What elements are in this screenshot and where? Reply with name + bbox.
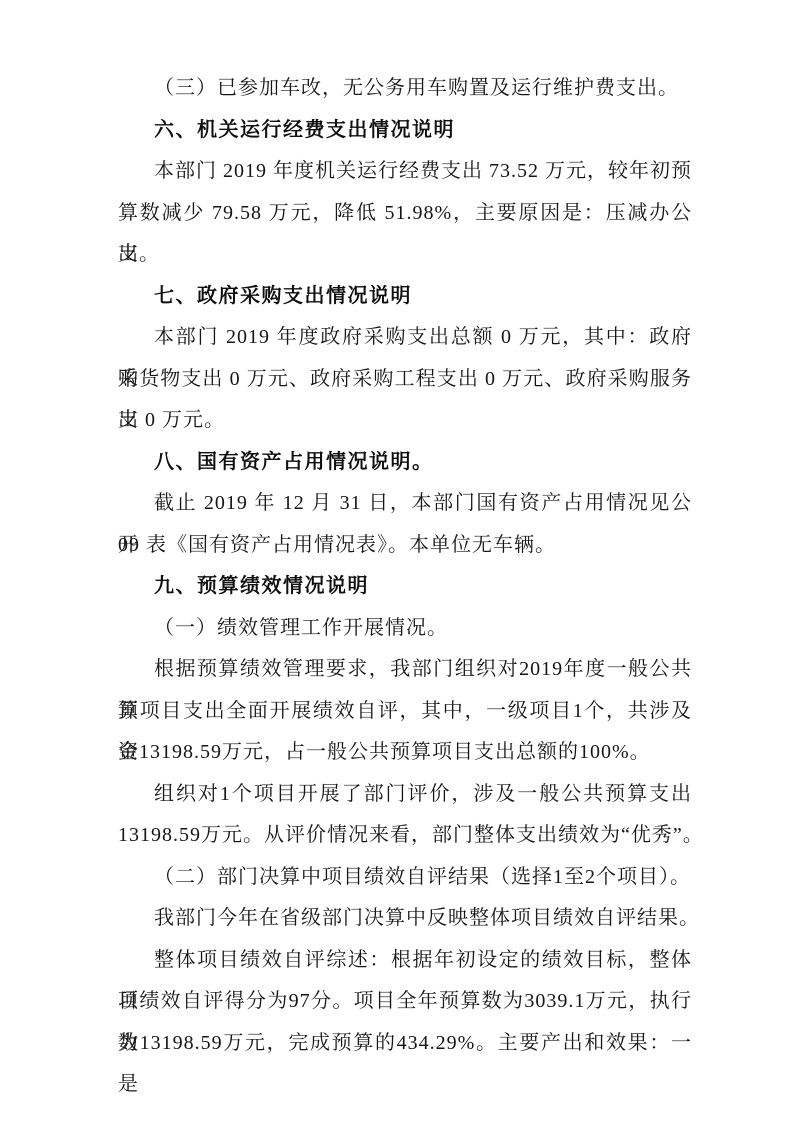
heading-section-7-gov-procurement: 七、政府采购支出情况说明 xyxy=(118,276,692,318)
para-self-evaluation-line-1: 根据预算绩效管理要求，我部门组织对2019年度一般公共预 xyxy=(118,649,692,691)
para-department-evaluation-line-1: 组织对1个项目开展了部门评价，涉及一般公共预算支出 xyxy=(118,774,692,816)
heading-section-8-state-assets: 八、国有资产占用情况说明。 xyxy=(118,442,692,484)
para-provincial-report: 我部门今年在省级部门决算中反映整体项目绩效自评结果。 xyxy=(118,898,692,940)
para-car-reform-note: （三）已参加车改，无公务用车购置及运行维护费支出。 xyxy=(118,68,692,110)
para-gov-procurement-line-1: 本部门 2019 年度政府采购支出总额 0 万元，其中：政府采 xyxy=(118,317,692,359)
subheading-performance-management: （一）绩效管理工作开展情况。 xyxy=(118,608,692,650)
para-overall-summary-line-1: 整体项目绩效自评综述：根据年初设定的绩效目标，整体项 xyxy=(118,940,692,982)
para-department-evaluation-line-2: 13198.59万元。从评价情况来看，部门整体支出绩效为“优秀”。 xyxy=(118,815,692,857)
heading-section-6-operating-expense: 六、机关运行经费支出情况说明 xyxy=(118,110,692,152)
subheading-project-self-eval-result: （二）部门决算中项目绩效自评结果（选择1至2个项目）。 xyxy=(118,857,692,899)
para-operating-expense-line-3: 出。 xyxy=(118,234,692,276)
para-self-evaluation-line-3: 金13198.59万元，占一般公共预算项目支出总额的100%。 xyxy=(118,732,692,774)
para-operating-expense-line-1: 本部门 2019 年度机关运行经费支出 73.52 万元，较年初预 xyxy=(118,151,692,193)
para-state-assets-line-2: 09 表《国有资产占用情况表》。本单位无车辆。 xyxy=(118,525,692,567)
para-gov-procurement-line-3: 出 0 万元。 xyxy=(118,400,692,442)
para-overall-summary-line-3: 为13198.59万元，完成预算的434.29%。主要产出和效果：一是 xyxy=(118,1023,692,1065)
para-self-evaluation-line-2: 算项目支出全面开展绩效自评，其中，一级项目1个，共涉及资 xyxy=(118,691,692,733)
document-body: （三）已参加车改，无公务用车购置及运行维护费支出。 六、机关运行经费支出情况说明… xyxy=(118,68,692,1064)
para-state-assets-line-1: 截止 2019 年 12 月 31 日，本部门国有资产占用情况见公开 xyxy=(118,483,692,525)
heading-section-9-performance: 九、预算绩效情况说明 xyxy=(118,566,692,608)
para-operating-expense-line-2: 算数减少 79.58 万元，降低 51.98%，主要原因是：压减办公支 xyxy=(118,193,692,235)
document-page: （三）已参加车改，无公务用车购置及运行维护费支出。 六、机关运行经费支出情况说明… xyxy=(0,0,793,1122)
para-gov-procurement-line-2: 购货物支出 0 万元、政府采购工程支出 0 万元、政府采购服务支 xyxy=(118,359,692,401)
para-overall-summary-line-2: 目绩效自评得分为97分。项目全年预算数为3039.1万元，执行数 xyxy=(118,981,692,1023)
